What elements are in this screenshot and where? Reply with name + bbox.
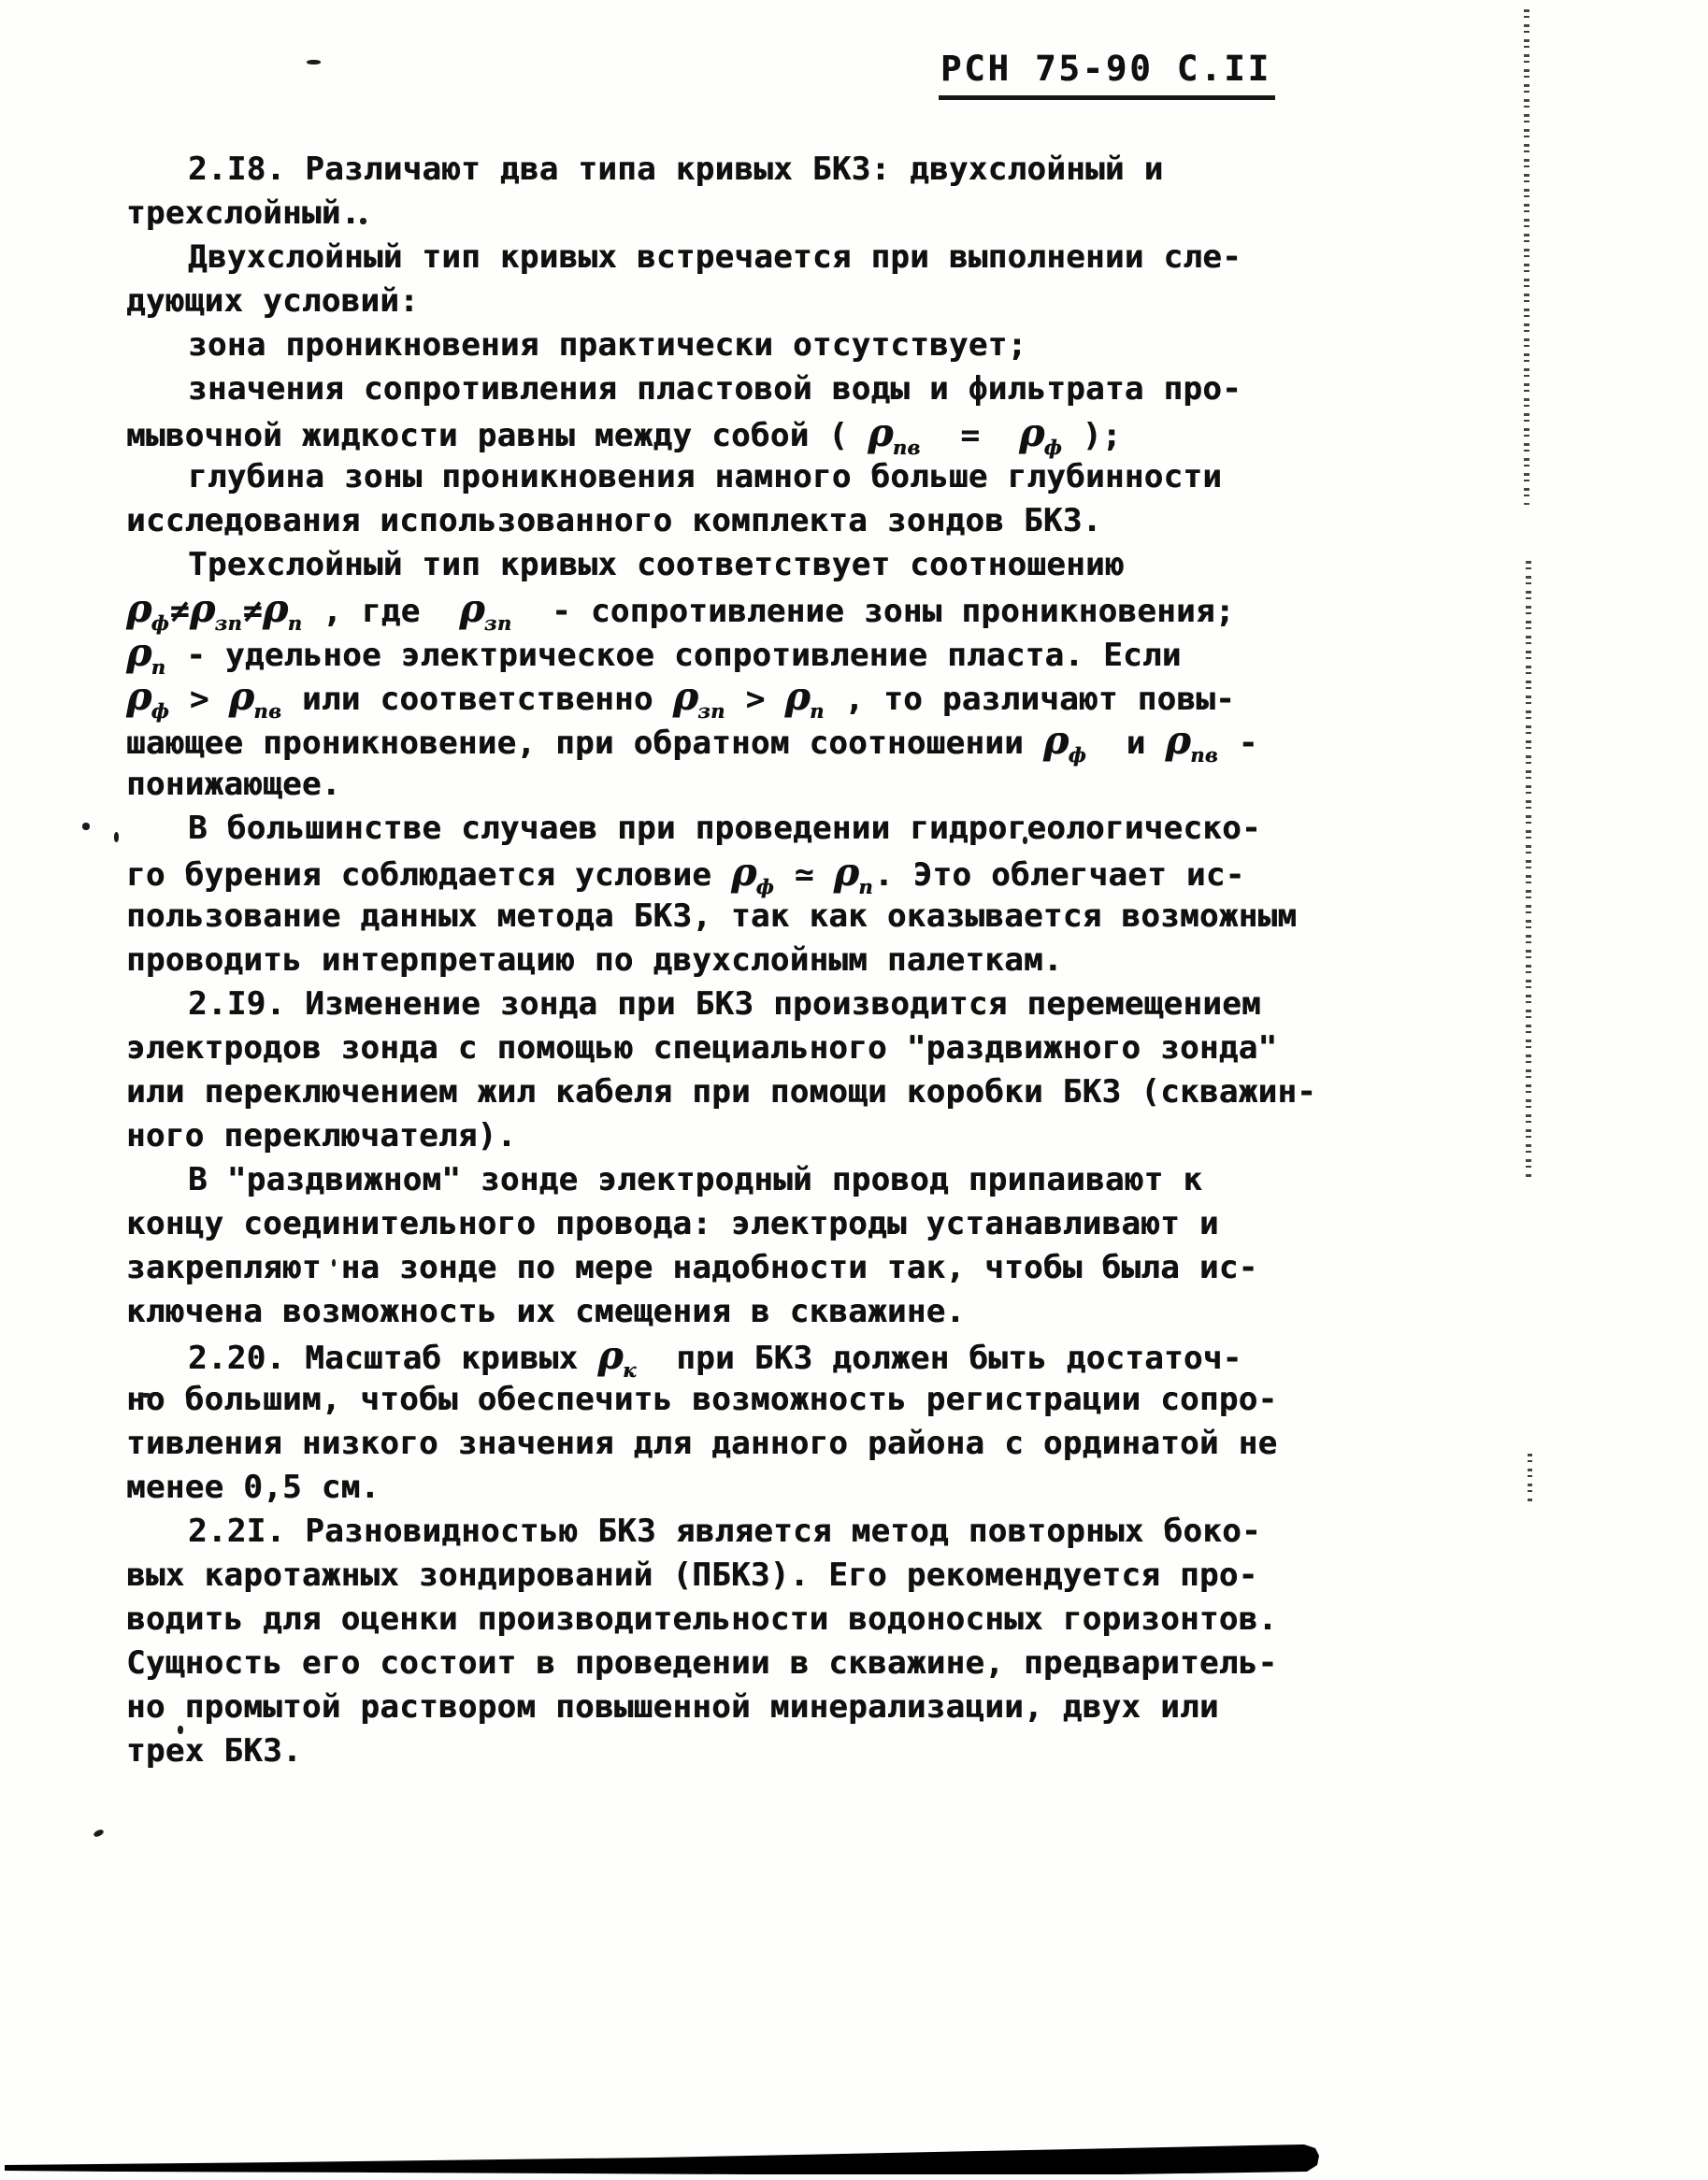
rho-symbol: ρпв [1165, 719, 1219, 768]
rho-symbol: ρф [1043, 719, 1087, 768]
rho-symbol: ρпв [868, 411, 922, 461]
text-line: мывочной жидкости равны между собой ( ρп… [126, 411, 1379, 455]
rho-symbol: ρп [834, 851, 874, 900]
text-line: Двухслойный тип кривых встречается при в… [126, 236, 1379, 280]
rho-symbol: ρк [597, 1334, 637, 1384]
scan-speck [93, 1829, 105, 1838]
scan-shadow-bottom [0, 2143, 1708, 2180]
scan-speck [307, 60, 321, 65]
scan-speck [1023, 837, 1027, 844]
rho-symbol: ρзп [673, 675, 726, 724]
text-line: трехслойный. [126, 192, 1379, 236]
text-line: вых каротажных зондирований (ПБКЗ). Его … [126, 1554, 1379, 1598]
rho-symbol: ρп [784, 675, 825, 724]
scan-speck [82, 823, 90, 830]
text-line: трех БКЗ. [126, 1729, 1379, 1773]
text-line: В "раздвижном" зонде электродный провод … [126, 1158, 1379, 1202]
text-line: зона проникновения практически отсутству… [126, 323, 1379, 367]
scan-speck [178, 1726, 183, 1734]
text-line: ρп - удельное электрическое сопротивлени… [126, 631, 1379, 675]
scan-speck [360, 218, 366, 224]
rho-symbol: ρп [263, 587, 303, 637]
rho-symbol: ρзп [190, 587, 243, 637]
rho-symbol: ρф [1019, 411, 1063, 461]
text-line: Трехслойный тип кривых соответствует соо… [126, 543, 1379, 587]
text-line: но промытой раствором повышенной минерал… [126, 1685, 1379, 1729]
text-line: проводить интерпретацию по двухслойным п… [126, 939, 1379, 982]
rho-symbol: ρф [126, 675, 170, 724]
document-code-header: РСН 75-90 С.II [939, 49, 1275, 100]
text-line: значения сопротивления пластовой воды и … [126, 367, 1379, 411]
rho-symbol: ρпв [229, 675, 283, 724]
text-line: ного переключателя). [126, 1114, 1379, 1158]
scan-noise-right-edge [1528, 1454, 1532, 1505]
text-line: закрепляют на зонде по мере надобности т… [126, 1246, 1379, 1290]
text-line: менее 0,5 см. [126, 1466, 1379, 1510]
rho-symbol: ρф [731, 851, 775, 900]
scan-noise-right-edge [1524, 9, 1529, 505]
text-line: шающее проникновение, при обратном соотн… [126, 719, 1379, 763]
text-line: Сущность его состоит в проведении в сква… [126, 1642, 1379, 1685]
text-line: 2.20. Масштаб кривых ρк при БКЗ должен б… [126, 1334, 1379, 1378]
text-line: или переключением жил кабеля при помощи … [126, 1070, 1379, 1114]
rho-symbol: ρзп [459, 587, 512, 637]
text-line: водить для оценки производительности вод… [126, 1598, 1379, 1642]
text-line: 2.2I. Разновидностью БКЗ является метод … [126, 1510, 1379, 1554]
text-line: 2.I8. Различают два типа кривых БКЗ: дву… [126, 148, 1379, 192]
scanned-document-page: РСН 75-90 С.II 2.I8. Различают два типа … [0, 0, 1708, 2180]
text-line: В большинстве случаев при проведении гид… [126, 807, 1379, 851]
text-line: исследования использованного комплекта з… [126, 499, 1379, 543]
text-line: понижающее. [126, 763, 1379, 807]
scan-speck [332, 1259, 336, 1267]
text-line: дующих условий: [126, 280, 1379, 323]
scan-speck [114, 832, 119, 842]
text-line: пользование данных метода БКЗ, так как о… [126, 895, 1379, 939]
text-line: го бурения соблюдается условие ρф ≃ ρп. … [126, 851, 1379, 895]
scan-speck [140, 1393, 151, 1398]
text-line: глубина зоны проникновения намного больш… [126, 455, 1379, 499]
text-line: ключена возможность их смещения в скважи… [126, 1290, 1379, 1334]
text-line: 2.I9. Изменение зонда при БКЗ производит… [126, 982, 1379, 1026]
document-body: 2.I8. Различают два типа кривых БКЗ: дву… [126, 148, 1379, 1773]
text-line: но большим, чтобы обеспечить возможность… [126, 1378, 1379, 1422]
text-line: тивления низкого значения для данного ра… [126, 1422, 1379, 1466]
text-line: ρф > ρпв или соответственно ρзп > ρп , т… [126, 675, 1379, 719]
text-line: концу соединительного провода: электроды… [126, 1202, 1379, 1246]
text-line: электродов зонда с помощью специального … [126, 1026, 1379, 1070]
scan-noise-right-edge [1526, 561, 1531, 1178]
text-line: ρф≠ρзп≠ρп , где ρзп - сопротивление зоны… [126, 587, 1379, 631]
